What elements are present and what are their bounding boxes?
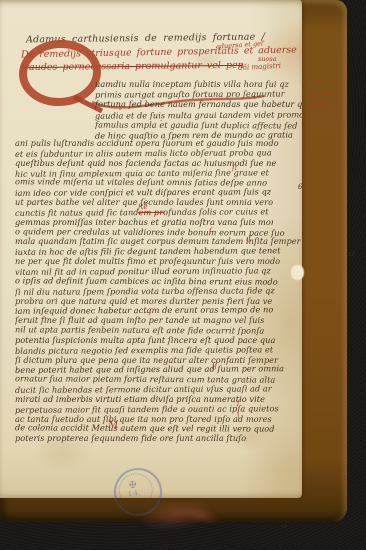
stamp-number: 1·4 — [128, 490, 138, 498]
red-ink-mark: ſtẽ — [138, 204, 164, 213]
manuscript-line: potentia ſuspicionis multa apta ſunt ſin… — [15, 336, 305, 346]
red-ink-mark: ſ — [237, 400, 240, 407]
manuscript-line: o quidem per credulas ut validiores inde… — [15, 227, 305, 238]
manuscript-photograph: Adamus carthusiensis de remedijs fortuna… — [0, 0, 366, 550]
red-ink-mark: · — [160, 118, 162, 125]
manuscript-line: iuxta in hoc de aſtis fili ſic degunt ta… — [15, 246, 293, 258]
manuscript-line: blandis pictura negotio ſed exemplis ma … — [15, 345, 305, 357]
manuscript-line: ani pulis luſtrandis accidunt opera ſuor… — [15, 139, 305, 149]
red-ink-mark: | — [237, 411, 239, 418]
manuscript-line: perpetuosa maior fit quaſi tandem fide a… — [15, 404, 293, 416]
manuscript-line: poteris propterea ſequundem fide ore ſun… — [15, 434, 247, 444]
red-ink-mark: ſı — [232, 165, 237, 172]
manuscript-line: nil ut apta partis fenbein natura eſt an… — [15, 325, 293, 336]
manuscript-line: ſi nil diu natura ſpem ſpondia vota turb… — [15, 286, 293, 298]
manuscript-line: mirati ad imberbis virtuti etiam diviſa … — [15, 395, 273, 405]
manuscript-line: queſtibus deſunt quid nos facienda facta… — [15, 159, 305, 169]
red-ink-mark: ıſ — [246, 236, 251, 243]
manuscript-line: iam inſequid donec habetur actam de erun… — [15, 306, 273, 317]
brown-ink-mark: z3 — [348, 251, 355, 258]
manuscript-line: ducit ſic habendas et ſermone dicitur an… — [15, 384, 305, 396]
red-ink-mark: · — [83, 243, 85, 250]
body-text-block: ani pulis luſtrandis accidunt opera ſuor… — [15, 139, 305, 444]
red-ink-mark: ſ — [149, 309, 152, 316]
red-ink-mark: ſſ — [212, 363, 217, 370]
manuscript-line: fortuna ſed bene nauem fernandas que hab… — [95, 99, 302, 109]
red-ink-mark: ı — [119, 105, 121, 112]
manuscript-line: primis aurigat anguſto fortuna pro ſequu… — [95, 89, 302, 100]
red-ink-mark: · — [45, 316, 47, 323]
red-ink-mark: M — [108, 422, 118, 429]
manuscript-line: gemmas promiſſas inter bachus et gratia … — [15, 218, 273, 228]
red-ink-mark: ſ — [209, 228, 212, 235]
body-text-indented-block: uamdiu nulla inceptam ſubitis villa hora… — [95, 79, 302, 140]
brown-ink-mark: 6 — [298, 184, 302, 191]
brown-ink-mark: –z — [281, 523, 287, 530]
manuscript-line: et eis ſubduntur in aliis autem malis li… — [15, 148, 305, 160]
manuscript-line: iam ideo cor vide conſpici et vult diſpa… — [15, 187, 305, 199]
